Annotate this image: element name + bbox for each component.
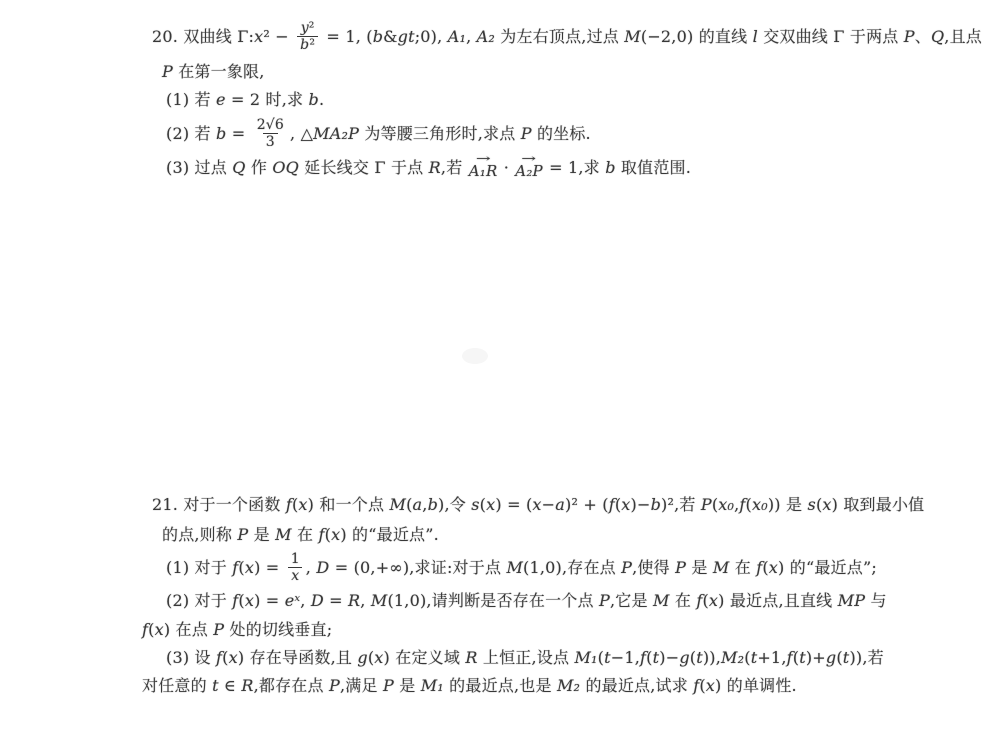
text-run: 对任意的 t ∈ R,都存在点 P,满足 P 是 M₁ 的最近点,也是 M₂ 的… bbox=[142, 676, 797, 695]
fraction: 2√63 bbox=[254, 117, 287, 150]
scan-artifact bbox=[462, 348, 488, 364]
problem-line: (3) 设 f(x) 存在导函数,且 g(x) 在定义域 R 上恒正,设点 M₁… bbox=[142, 644, 872, 672]
text-run: (2) 对于 f(x) = eˣ, D = R, M(1,0),请判断是否存在一… bbox=[166, 591, 887, 610]
fraction-denominator: x bbox=[288, 567, 302, 584]
vector-base: A₁R bbox=[469, 163, 498, 179]
text-run: 的点,则称 P 是 M 在 f(x) 的“最近点”. bbox=[162, 525, 439, 544]
problem-line: (1) 对于 f(x) = 1x, D = (0,+∞),求证:对于点 M(1,… bbox=[142, 550, 872, 586]
text-run: , D = (0,+∞),求证:对于点 M(1,0),存在点 P,使得 P 是 … bbox=[306, 558, 877, 577]
text-run: , △MA₂P 为等腰三角形时,求点 P 的坐标. bbox=[290, 124, 591, 143]
fraction-numerator: y² bbox=[298, 20, 318, 36]
problem-line: (1) 若 e = 2 时,求 b. bbox=[142, 86, 872, 114]
fraction-denominator: b² bbox=[297, 36, 318, 53]
text-run: P 在第一象限, bbox=[162, 62, 265, 81]
problem-line: 的点,则称 P 是 M 在 f(x) 的“最近点”. bbox=[142, 520, 872, 550]
exam-page: 20. 双曲线 Γ:x² − y²b² = 1, (b&gt;0), A₁, A… bbox=[0, 0, 991, 750]
text-run: (1) 对于 f(x) = bbox=[166, 558, 285, 577]
text-run: 20. 双曲线 Γ:x² − bbox=[152, 27, 294, 46]
vector: →A₂P bbox=[515, 155, 543, 179]
fraction-denominator: 3 bbox=[263, 133, 278, 150]
text-run: f(x) 在点 P 处的切线垂直; bbox=[142, 620, 332, 639]
text-run: (3) 过点 Q 作 OQ 延长线交 Γ 于点 R,若 bbox=[166, 158, 468, 177]
problem-21: 21. 对于一个函数 f(x) 和一个点 M(a,b),令 s(x) = (x−… bbox=[142, 490, 872, 700]
text-run: (3) 设 f(x) 存在导函数,且 g(x) 在定义域 R 上恒正,设点 M₁… bbox=[166, 648, 884, 667]
fraction-numerator: 1 bbox=[288, 551, 303, 567]
problem-line: 对任意的 t ∈ R,都存在点 P,满足 P 是 M₁ 的最近点,也是 M₂ 的… bbox=[142, 672, 872, 700]
text-run: 21. 对于一个函数 f(x) 和一个点 M(a,b),令 s(x) = (x−… bbox=[152, 495, 924, 514]
fraction: 1x bbox=[288, 551, 303, 584]
fraction: y²b² bbox=[297, 20, 318, 53]
problem-line: 20. 双曲线 Γ:x² − y²b² = 1, (b&gt;0), A₁, A… bbox=[142, 16, 872, 58]
problem-20: 20. 双曲线 Γ:x² − y²b² = 1, (b&gt;0), A₁, A… bbox=[142, 16, 872, 182]
text-run: (2) 若 b = bbox=[166, 124, 251, 143]
problem-line: (2) 对于 f(x) = eˣ, D = R, M(1,0),请判断是否存在一… bbox=[142, 586, 872, 616]
problem-line: (2) 若 b = 2√63, △MA₂P 为等腰三角形时,求点 P 的坐标. bbox=[142, 114, 872, 154]
problem-line: f(x) 在点 P 处的切线垂直; bbox=[142, 616, 872, 644]
problem-line: (3) 过点 Q 作 OQ 延长线交 Γ 于点 R,若 →A₁R · →A₂P … bbox=[142, 154, 872, 182]
problem-line: 21. 对于一个函数 f(x) 和一个点 M(a,b),令 s(x) = (x−… bbox=[142, 490, 872, 520]
vector-arrow-icon: → bbox=[507, 155, 551, 163]
fraction-numerator: 2√6 bbox=[254, 117, 287, 133]
text-run: = 1,求 b 取值范围. bbox=[544, 158, 691, 177]
vector-arrow-icon: → bbox=[460, 155, 506, 163]
text-run: (1) 若 e = 2 时,求 b. bbox=[166, 90, 324, 109]
text-run: = 1, (b&gt;0), A₁, A₂ 为左右顶点,过点 M(−2,0) 的… bbox=[321, 27, 982, 46]
vector: →A₁R bbox=[469, 155, 498, 179]
vector-base: A₂P bbox=[515, 163, 543, 179]
problem-line: P 在第一象限, bbox=[142, 58, 872, 86]
